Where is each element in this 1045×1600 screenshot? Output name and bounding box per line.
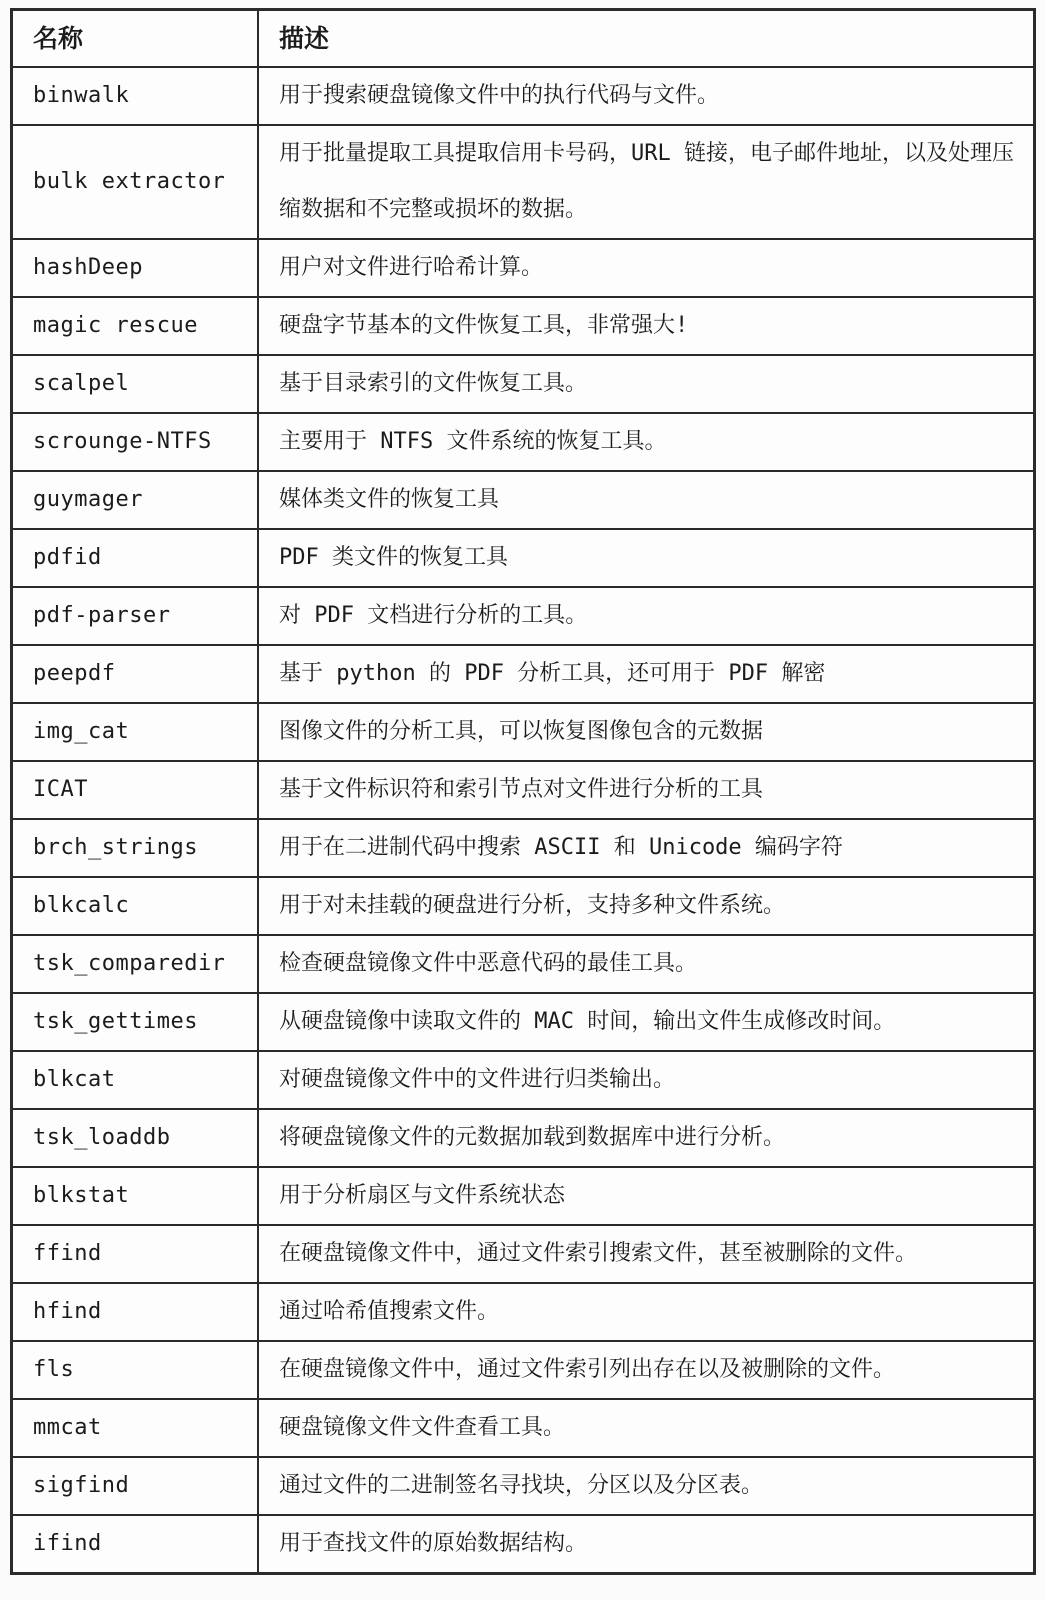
- column-header-name: 名称: [12, 10, 259, 68]
- tool-description-cell: 在硬盘镜像文件中，通过文件索引列出存在以及被删除的文件。: [258, 1341, 1035, 1399]
- tool-description-cell: 硬盘字节基本的文件恢复工具，非常强大!: [258, 297, 1035, 355]
- table-row: sigfind通过文件的二进制签名寻找块，分区以及分区表。: [12, 1457, 1035, 1515]
- header-row: 名称 描述: [12, 10, 1035, 68]
- tool-name-cell: hfind: [12, 1283, 259, 1341]
- tool-name-cell: tsk_loaddb: [12, 1109, 259, 1167]
- tool-name-cell: magic rescue: [12, 297, 259, 355]
- tool-name-cell: tsk_gettimes: [12, 993, 259, 1051]
- table-row: hfind通过哈希值搜索文件。: [12, 1283, 1035, 1341]
- table-row: binwalk用于搜索硬盘镜像文件中的执行代码与文件。: [12, 67, 1035, 125]
- tool-name-cell: img_cat: [12, 703, 259, 761]
- tool-name-cell: hashDeep: [12, 239, 259, 297]
- tool-description-cell: 检查硬盘镜像文件中恶意代码的最佳工具。: [258, 935, 1035, 993]
- tool-name-cell: blkstat: [12, 1167, 259, 1225]
- tool-description-cell: 媒体类文件的恢复工具: [258, 471, 1035, 529]
- tool-description-cell: 硬盘镜像文件文件查看工具。: [258, 1399, 1035, 1457]
- tool-name-cell: scalpel: [12, 355, 259, 413]
- tool-description-cell: 对 PDF 文档进行分析的工具。: [258, 587, 1035, 645]
- table-row: ifind用于查找文件的原始数据结构。: [12, 1515, 1035, 1574]
- tool-description-cell: 图像文件的分析工具，可以恢复图像包含的元数据: [258, 703, 1035, 761]
- tool-name-cell: ICAT: [12, 761, 259, 819]
- tool-name-cell: ffind: [12, 1225, 259, 1283]
- table-row: pdf-parser对 PDF 文档进行分析的工具。: [12, 587, 1035, 645]
- table-row: ffind在硬盘镜像文件中，通过文件索引搜索文件，甚至被删除的文件。: [12, 1225, 1035, 1283]
- tool-description-cell: 用于搜索硬盘镜像文件中的执行代码与文件。: [258, 67, 1035, 125]
- tool-description-cell: 主要用于 NTFS 文件系统的恢复工具。: [258, 413, 1035, 471]
- tool-name-cell: blkcalc: [12, 877, 259, 935]
- tool-description-cell: 用于分析扇区与文件系统状态: [258, 1167, 1035, 1225]
- tool-description-cell: 在硬盘镜像文件中，通过文件索引搜索文件，甚至被删除的文件。: [258, 1225, 1035, 1283]
- tools-table: 名称 描述 binwalk用于搜索硬盘镜像文件中的执行代码与文件。bulk ex…: [10, 8, 1036, 1575]
- tool-description-cell: 用于批量提取工具提取信用卡号码，URL 链接，电子邮件地址，以及处理压缩数据和不…: [258, 125, 1035, 239]
- tool-description-cell: PDF 类文件的恢复工具: [258, 529, 1035, 587]
- tool-name-cell: ifind: [12, 1515, 259, 1574]
- tool-name-cell: tsk_comparedir: [12, 935, 259, 993]
- tool-name-cell: binwalk: [12, 67, 259, 125]
- table-row: fls在硬盘镜像文件中，通过文件索引列出存在以及被删除的文件。: [12, 1341, 1035, 1399]
- tool-name-cell: scrounge-NTFS: [12, 413, 259, 471]
- tool-name-cell: peepdf: [12, 645, 259, 703]
- table-row: tsk_comparedir检查硬盘镜像文件中恶意代码的最佳工具。: [12, 935, 1035, 993]
- tool-name-cell: brch_strings: [12, 819, 259, 877]
- table-row: blkcat对硬盘镜像文件中的文件进行归类输出。: [12, 1051, 1035, 1109]
- tool-name-cell: sigfind: [12, 1457, 259, 1515]
- table-row: img_cat图像文件的分析工具，可以恢复图像包含的元数据: [12, 703, 1035, 761]
- table-row: pdfidPDF 类文件的恢复工具: [12, 529, 1035, 587]
- table-body: binwalk用于搜索硬盘镜像文件中的执行代码与文件。bulk extracto…: [12, 67, 1035, 1574]
- tool-description-cell: 基于 python 的 PDF 分析工具，还可用于 PDF 解密: [258, 645, 1035, 703]
- tool-name-cell: guymager: [12, 471, 259, 529]
- table-row: guymager媒体类文件的恢复工具: [12, 471, 1035, 529]
- table-header: 名称 描述: [12, 10, 1035, 68]
- tool-name-cell: blkcat: [12, 1051, 259, 1109]
- tool-name-cell: pdfid: [12, 529, 259, 587]
- tool-description-cell: 用于在二进制代码中搜索 ASCII 和 Unicode 编码字符: [258, 819, 1035, 877]
- tool-name-cell: bulk extractor: [12, 125, 259, 239]
- tool-description-cell: 用户对文件进行哈希计算。: [258, 239, 1035, 297]
- table-row: magic rescue硬盘字节基本的文件恢复工具，非常强大!: [12, 297, 1035, 355]
- tool-description-cell: 通过文件的二进制签名寻找块，分区以及分区表。: [258, 1457, 1035, 1515]
- tool-description-cell: 用于对未挂载的硬盘进行分析，支持多种文件系统。: [258, 877, 1035, 935]
- tool-name-cell: pdf-parser: [12, 587, 259, 645]
- tool-name-cell: fls: [12, 1341, 259, 1399]
- tool-description-cell: 基于文件标识符和索引节点对文件进行分析的工具: [258, 761, 1035, 819]
- table-row: tsk_loaddb将硬盘镜像文件的元数据加载到数据库中进行分析。: [12, 1109, 1035, 1167]
- table-row: scalpel基于目录索引的文件恢复工具。: [12, 355, 1035, 413]
- tool-description-cell: 将硬盘镜像文件的元数据加载到数据库中进行分析。: [258, 1109, 1035, 1167]
- document-page: 名称 描述 binwalk用于搜索硬盘镜像文件中的执行代码与文件。bulk ex…: [0, 0, 1045, 1600]
- tool-description-cell: 基于目录索引的文件恢复工具。: [258, 355, 1035, 413]
- table-row: ICAT基于文件标识符和索引节点对文件进行分析的工具: [12, 761, 1035, 819]
- tool-description-cell: 从硬盘镜像中读取文件的 MAC 时间，输出文件生成修改时间。: [258, 993, 1035, 1051]
- table-row: hashDeep用户对文件进行哈希计算。: [12, 239, 1035, 297]
- table-row: peepdf基于 python 的 PDF 分析工具，还可用于 PDF 解密: [12, 645, 1035, 703]
- table-row: blkstat用于分析扇区与文件系统状态: [12, 1167, 1035, 1225]
- table-row: blkcalc用于对未挂载的硬盘进行分析，支持多种文件系统。: [12, 877, 1035, 935]
- tool-description-cell: 用于查找文件的原始数据结构。: [258, 1515, 1035, 1574]
- table-row: bulk extractor用于批量提取工具提取信用卡号码，URL 链接，电子邮…: [12, 125, 1035, 239]
- tool-description-cell: 通过哈希值搜索文件。: [258, 1283, 1035, 1341]
- tool-name-cell: mmcat: [12, 1399, 259, 1457]
- table-row: mmcat硬盘镜像文件文件查看工具。: [12, 1399, 1035, 1457]
- table-row: scrounge-NTFS主要用于 NTFS 文件系统的恢复工具。: [12, 413, 1035, 471]
- column-header-description: 描述: [258, 10, 1035, 68]
- table-row: brch_strings用于在二进制代码中搜索 ASCII 和 Unicode …: [12, 819, 1035, 877]
- tool-description-cell: 对硬盘镜像文件中的文件进行归类输出。: [258, 1051, 1035, 1109]
- table-row: tsk_gettimes从硬盘镜像中读取文件的 MAC 时间，输出文件生成修改时…: [12, 993, 1035, 1051]
